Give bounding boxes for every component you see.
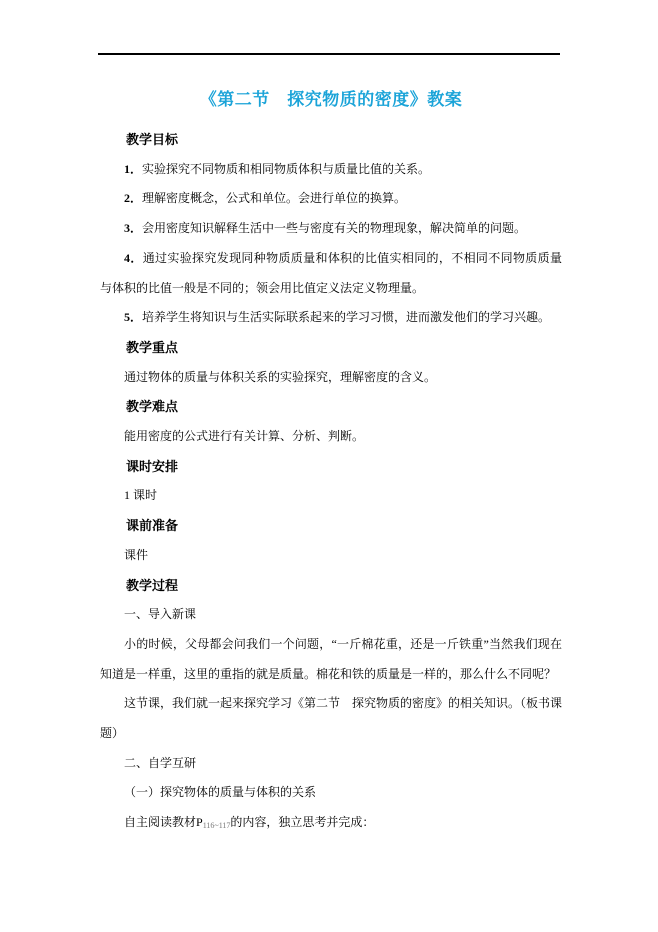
document-content: 《第二节 探究物质的密度》教案 教学目标1．实验探究不同物质和相同物质体积与质量… [0, 87, 658, 838]
paragraph-list: 教学目标1．实验探究不同物质和相同物质体积与质量比值的关系。2．理解密度概念，公… [100, 125, 562, 838]
paragraph-text: 实验探究不同物质和相同物质体积与质量比值的关系。 [142, 162, 430, 176]
paragraph-text: 课前准备 [126, 518, 178, 533]
paragraph: 2．理解密度概念，公式和单位。会进行单位的换算。 [100, 184, 562, 214]
paragraph-text: 培养学生将知识与生活实际联系起来的学习习惯，进而激发他们的学习兴趣。 [142, 310, 550, 324]
section-heading: 教学目标 [100, 125, 562, 155]
list-number: 3． [124, 221, 142, 235]
paragraph-text: 一、导入新课 [124, 607, 196, 621]
paragraph-text: 通过物体的质量与体积关系的实验探究，理解密度的含义。 [124, 370, 436, 384]
paragraph-text: 1 课时 [124, 488, 157, 502]
paragraph: 5．培养学生将知识与生活实际联系起来的学习习惯，进而激发他们的学习兴趣。 [100, 303, 562, 333]
paragraph: 课件 [100, 541, 562, 571]
paragraph: 二、自学互研 [100, 749, 562, 779]
list-number: 2． [124, 191, 142, 205]
header-divider [98, 53, 560, 55]
paragraph: 小的时候，父母都会问我们一个问题，“一斤棉花重，还是一斤铁重”当然我们现在知道是… [100, 630, 562, 689]
document-page: 《第二节 探究物质的密度》教案 教学目标1．实验探究不同物质和相同物质体积与质量… [0, 0, 658, 932]
paragraph: 通过物体的质量与体积关系的实验探究，理解密度的含义。 [100, 363, 562, 393]
paragraph-text: （一）探究物体的质量与体积的关系 [124, 785, 316, 799]
paragraph-text: 自主阅读教材P [124, 815, 203, 829]
paragraph-text: 会用密度知识解释生活中一些与密度有关的物理现象，解决简单的问题。 [142, 221, 526, 235]
paragraph: 1．实验探究不同物质和相同物质体积与质量比值的关系。 [100, 155, 562, 185]
list-number: 4． [124, 251, 143, 265]
paragraph: 能用密度的公式进行有关计算、分析、判断。 [100, 422, 562, 452]
paragraph: 3．会用密度知识解释生活中一些与密度有关的物理现象，解决简单的问题。 [100, 214, 562, 244]
paragraph: 4．通过实验探究发现同种物质质量和体积的比值实相同的，不相同不同物质质量与体积的… [100, 244, 562, 303]
page-range-subscript: 116~117 [203, 821, 231, 830]
list-number: 1． [124, 162, 142, 176]
paragraph-text: 课件 [124, 548, 148, 562]
section-heading: 教学难点 [100, 392, 562, 422]
paragraph-text: 通过实验探究发现同种物质质量和体积的比值实相同的，不相同不同物质质量与体积的比值… [100, 251, 562, 295]
paragraph-text: 教学过程 [126, 578, 178, 593]
paragraph-text: 二、自学互研 [124, 756, 196, 770]
page-title: 《第二节 探究物质的密度》教案 [100, 87, 562, 113]
paragraph-text: 能用密度的公式进行有关计算、分析、判断。 [124, 429, 364, 443]
paragraph-text: 课时安排 [126, 459, 178, 474]
paragraph-text: 教学难点 [126, 399, 178, 414]
section-heading: 教学过程 [100, 571, 562, 601]
paragraph-text: 的内容，独立思考并完成： [230, 815, 374, 829]
section-heading: 课前准备 [100, 511, 562, 541]
paragraph-text: 这节课，我们就一起来探究学习《第二节 探究物质的密度》的相关知识。（板书课题） [100, 696, 562, 740]
section-heading: 课时安排 [100, 452, 562, 482]
paragraph-text: 理解密度概念，公式和单位。会进行单位的换算。 [142, 191, 406, 205]
paragraph-text: 教学重点 [126, 340, 178, 355]
section-heading: 教学重点 [100, 333, 562, 363]
paragraph: 1 课时 [100, 481, 562, 511]
paragraph: （一）探究物体的质量与体积的关系 [100, 778, 562, 808]
paragraph-text: 小的时候，父母都会问我们一个问题，“一斤棉花重，还是一斤铁重”当然我们现在知道是… [100, 637, 562, 681]
paragraph: 这节课，我们就一起来探究学习《第二节 探究物质的密度》的相关知识。（板书课题） [100, 689, 562, 748]
paragraph-text: 教学目标 [126, 132, 178, 147]
list-number: 5． [124, 310, 142, 324]
paragraph: 自主阅读教材P116~117的内容，独立思考并完成： [100, 808, 562, 838]
paragraph: 一、导入新课 [100, 600, 562, 630]
